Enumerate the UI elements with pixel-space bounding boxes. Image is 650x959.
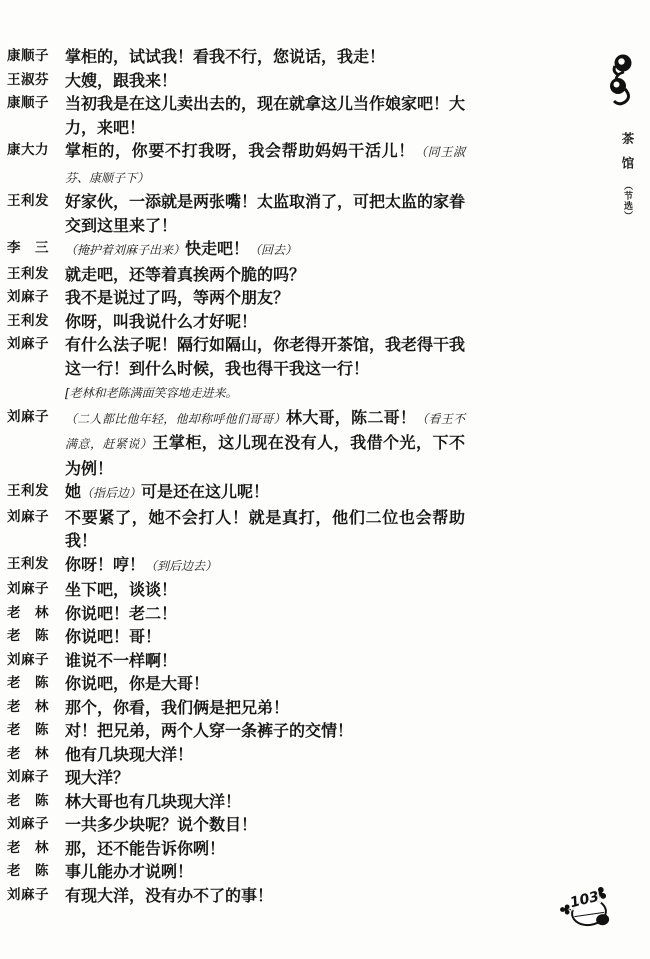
dialogue-entry: 老 陈 对！把兄弟，两个人穿一条裤子的交情！	[7, 719, 467, 743]
speaker-name: 刘麻子	[7, 884, 49, 908]
dialogue-text: 当初我是在这儿卖出去的，现在就拿这儿当作娘家吧！大力，来吧！	[65, 92, 465, 139]
dialogue-text: 掌柜的，你要不打我呀，我会帮助妈妈干活儿！（同王淑芬、康顺子下）	[65, 139, 465, 190]
chapter-subtitle-text: （节选）	[622, 181, 632, 221]
speech-text: 一共多少块呢？说个数目！	[65, 815, 257, 834]
margin-chapter-title: 茶馆（节选）	[618, 132, 637, 221]
dialogue-entry: 康大力 掌柜的，你要不打我呀，我会帮助妈妈干活儿！（同王淑芬、康顺子下）	[7, 139, 467, 190]
speech-text: 事儿能办才说咧！	[65, 862, 193, 881]
speech-text: 林大哥，陈二哥！	[286, 408, 416, 427]
dialogue-entry: 王利发 她（指后边）可是还在这儿呢！	[7, 480, 467, 506]
speaker-name: 老 陈	[7, 672, 49, 696]
dialogue-text: 我不是说过了吗，等两个朋友？	[65, 286, 465, 310]
speaker-name: 刘麻子	[7, 506, 49, 530]
dialogue-entry: 老 林 那个，你看，我们俩是把兄弟！	[7, 696, 467, 720]
book-page: 康顺子 掌柜的，试试我！看我不行，您说话，我走！ 王淑芬 大嫂，跟我来！ 康顺子…	[0, 0, 650, 959]
speech-text: 你呀！哼！	[65, 555, 145, 574]
chapter-title-text: 茶馆	[620, 132, 635, 181]
speaker-name: 老 林	[7, 602, 49, 626]
dialogue-entry: 王利发 就走吧，还等着真挨两个脆的吗？	[7, 263, 467, 287]
speech-text: 快走吧！	[185, 239, 249, 258]
dialogue-text: 事儿能办才说咧！	[65, 860, 465, 884]
dialogue-text: （二人都比他年轻，他却称呼他们哥哥）林大哥，陈二哥！（看王不满意，赶紧说）王掌柜…	[65, 406, 465, 481]
dialogue-entry: 老 陈 事儿能办才说咧！	[7, 860, 467, 884]
dialogue-entry: 老 林 那，还不能告诉你咧！	[7, 837, 467, 861]
speaker-name: 刘麻子	[7, 766, 49, 790]
stage-direction: （指后边）	[81, 486, 141, 500]
dialogue-entry: 刘麻子 （二人都比他年轻，他却称呼他们哥哥）林大哥，陈二哥！（看王不满意，赶紧说…	[7, 406, 467, 481]
speaker-name: 老 林	[7, 696, 49, 720]
speech-text: 掌柜的，你要不打我呀，我会帮助妈妈干活儿！	[65, 141, 415, 160]
speech-text: 好家伙，一添就是两张嘴！太监取消了，可把太监的家眷交到这里来了！	[65, 192, 465, 235]
speaker-name: 王利发	[7, 263, 49, 287]
dialogue-entry: 刘麻子 我不是说过了吗，等两个朋友？	[7, 286, 467, 310]
dialogue-text: 你说吧！哥！	[65, 625, 465, 649]
dialogue-entry: 刘麻子 不要紧了，她不会打人！就是真打，他们二位也会帮助我！	[7, 506, 467, 553]
speech-text: 那个，你看，我们俩是把兄弟！	[65, 698, 289, 717]
dialogue-text: 你说吧，你是大哥！	[65, 672, 465, 696]
speech-text: 谁说不一样啊！	[65, 651, 177, 670]
dialogue-entry: 老 林 你说吧！老二！	[7, 602, 467, 626]
speaker-name: 老 陈	[7, 625, 49, 649]
speaker-name: 老 陈	[7, 860, 49, 884]
dialogue-entry: 康顺子 掌柜的，试试我！看我不行，您说话，我走！	[7, 45, 467, 69]
speaker-name: 老 林	[7, 743, 49, 767]
stage-direction: （回去）	[249, 243, 297, 257]
dialogue-text: （掩护着刘麻子出来）快走吧！（回去）	[65, 237, 465, 263]
dialogue-text: 好家伙，一添就是两张嘴！太监取消了，可把太监的家眷交到这里来了！	[65, 190, 465, 237]
dialogue-text: 不要紧了，她不会打人！就是真打，他们二位也会帮助我！	[65, 506, 465, 553]
speaker-name: 刘麻子	[7, 406, 49, 430]
speech-text: 不要紧了，她不会打人！就是真打，他们二位也会帮助我！	[65, 508, 465, 551]
speech-text: 我不是说过了吗，等两个朋友？	[65, 288, 289, 307]
speech-text: 你说吧！哥！	[65, 627, 161, 646]
dialogue-entry: 刘麻子 坐下吧，谈谈！	[7, 578, 467, 602]
dialogue-entry: 刘麻子 有现大洋，没有办不了的事！	[7, 884, 467, 908]
dialogue-text: 林大哥也有几块现大洋！	[65, 790, 465, 814]
speech-text: 就走吧，还等着真挨两个脆的吗？	[65, 265, 305, 284]
speaker-name: 康顺子	[7, 92, 49, 116]
dialogue-text: 那，还不能告诉你咧！	[65, 837, 465, 861]
speech-text: 对！把兄弟，两个人穿一条裤子的交情！	[65, 721, 353, 740]
speech-text: 可是还在这儿呢！	[141, 482, 269, 501]
speech-text: 大嫂，跟我来！	[65, 71, 177, 90]
dialogue-entry: 老 陈 你说吧！哥！	[7, 625, 467, 649]
speech-text: 现大洋？	[65, 768, 129, 787]
speech-text: 林大哥也有几块现大洋！	[65, 792, 241, 811]
speech-text: 当初我是在这儿卖出去的，现在就拿这儿当作娘家吧！大力，来吧！	[65, 94, 465, 137]
speech-text: 他有几块现大洋！	[65, 745, 193, 764]
speech-text: 那，还不能告诉你咧！	[65, 839, 225, 858]
dialogue-entry: 刘麻子 有什么法子呢！隔行如隔山，你老得开茶馆，我老得干我这一行！到什么时候，我…	[7, 333, 467, 380]
speaker-name: 老 林	[7, 837, 49, 861]
calligraphic-flourish-icon	[602, 52, 638, 108]
dialogue-text: 有现大洋，没有办不了的事！	[65, 884, 465, 908]
dialogue-entry: 康顺子 当初我是在这儿卖出去的，现在就拿这儿当作娘家吧！大力，来吧！	[7, 92, 467, 139]
speaker-name: 王利发	[7, 480, 49, 504]
stage-direction: （掩护着刘麻子出来）	[65, 243, 185, 257]
dialogue-text: 那个，你看，我们俩是把兄弟！	[65, 696, 465, 720]
stage-direction: （到后边去）	[145, 559, 217, 573]
speech-text: 掌柜的，试试我！看我不行，您说话，我走！	[65, 47, 385, 66]
dialogue-text: 谁说不一样啊！	[65, 649, 465, 673]
speaker-name: 老 陈	[7, 790, 49, 814]
speaker-name: 王淑芬	[7, 69, 49, 93]
dialogue-text: 大嫂，跟我来！	[65, 69, 465, 93]
dialogue-text: 有什么法子呢！隔行如隔山，你老得开茶馆，我老得干我这一行！到什么时候，我也得干我…	[65, 333, 465, 380]
dialogue-text: [老林和老陈满面笑容地走进来。	[65, 380, 465, 406]
dialogue-entry: 王利发 你呀！哼！（到后边去）	[7, 553, 467, 579]
speech-text: 你说吧！老二！	[65, 604, 177, 623]
speech-text: 有什么法子呢！隔行如隔山，你老得开茶馆，我老得干我这一行！到什么时候，我也得干我…	[65, 335, 465, 378]
dialogue-entry: 老 陈 林大哥也有几块现大洋！	[7, 790, 467, 814]
dialogue-text: 一共多少块呢？说个数目！	[65, 813, 465, 837]
script-block: 康顺子 掌柜的，试试我！看我不行，您说话，我走！ 王淑芬 大嫂，跟我来！ 康顺子…	[7, 45, 467, 907]
dialogue-text: 他有几块现大洋！	[65, 743, 465, 767]
dialogue-text: 现大洋？	[65, 766, 465, 790]
speaker-name: 王利发	[7, 190, 49, 214]
dialogue-entry: 王利发 好家伙，一添就是两张嘴！太监取消了，可把太监的家眷交到这里来了！	[7, 190, 467, 237]
speaker-name: 康顺子	[7, 45, 49, 69]
dialogue-text: 就走吧，还等着真挨两个脆的吗？	[65, 263, 465, 287]
speaker-name: 刘麻子	[7, 813, 49, 837]
dialogue-entry: 李 三 （掩护着刘麻子出来）快走吧！（回去）	[7, 237, 467, 263]
speech-text: 你说吧，你是大哥！	[65, 674, 209, 693]
teapot-page-number-icon: ♣ ♣ 103	[560, 886, 616, 938]
dialogue-text: 你呀！哼！（到后边去）	[65, 553, 465, 579]
dialogue-entry: 老 陈 你说吧，你是大哥！	[7, 672, 467, 696]
speech-text: 她	[65, 482, 81, 501]
dialogue-text: 她（指后边）可是还在这儿呢！	[65, 480, 465, 506]
speaker-name: 王利发	[7, 310, 49, 334]
stage-direction: [老林和老陈满面笑容地走进来。	[65, 386, 238, 400]
speaker-name: 王利发	[7, 553, 49, 577]
dialogue-text: 对！把兄弟，两个人穿一条裤子的交情！	[65, 719, 465, 743]
dialogue-entry: 刘麻子 现大洋？	[7, 766, 467, 790]
speaker-name: 刘麻子	[7, 578, 49, 602]
speaker-name: 老 陈	[7, 719, 49, 743]
dialogue-entry: 刘麻子 一共多少块呢？说个数目！	[7, 813, 467, 837]
speaker-name: 刘麻子	[7, 333, 49, 357]
dialogue-text: 掌柜的，试试我！看我不行，您说话，我走！	[65, 45, 465, 69]
speaker-name: 李 三	[7, 237, 49, 261]
dialogue-entry: 刘麻子 谁说不一样啊！	[7, 649, 467, 673]
dialogue-entry: 王利发 你呀，叫我说什么才好呢！	[7, 310, 467, 334]
dialogue-text: 坐下吧，谈谈！	[65, 578, 465, 602]
dialogue-entry: [老林和老陈满面笑容地走进来。	[7, 380, 467, 406]
speaker-name: 刘麻子	[7, 286, 49, 310]
speech-text: 坐下吧，谈谈！	[65, 580, 177, 599]
dialogue-entry: 老 林 他有几块现大洋！	[7, 743, 467, 767]
dialogue-text: 你呀，叫我说什么才好呢！	[65, 310, 465, 334]
dialogue-entry: 王淑芬 大嫂，跟我来！	[7, 69, 467, 93]
speaker-name: 康大力	[7, 139, 49, 163]
stage-direction: （二人都比他年轻，他却称呼他们哥哥）	[65, 412, 286, 426]
speaker-name: 刘麻子	[7, 649, 49, 673]
speech-text: 有现大洋，没有办不了的事！	[65, 886, 273, 905]
speech-text: 你呀，叫我说什么才好呢！	[65, 312, 257, 331]
dialogue-text: 你说吧！老二！	[65, 602, 465, 626]
